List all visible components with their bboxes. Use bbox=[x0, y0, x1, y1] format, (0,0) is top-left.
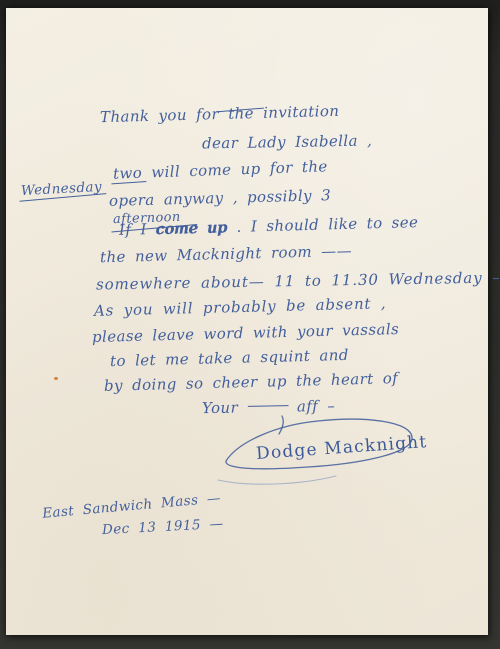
letter-line-1-pre: Thank you for bbox=[100, 105, 229, 126]
letter-line-1: Thank you for the invitation bbox=[100, 102, 340, 126]
letter-line-6: the new Macknight room —— bbox=[100, 242, 352, 267]
letter-line-3-underlined-word: two bbox=[113, 164, 143, 183]
letter-line-7: somewhere about— 11 to 11.30 Wednesday – bbox=[96, 268, 500, 293]
letter-line-2: dear Lady Isabella , bbox=[202, 132, 373, 153]
letter-line-4: opera anyway , possibly 3 bbox=[109, 186, 331, 210]
letter-line-3-post: will come up for the bbox=[142, 157, 328, 181]
letter-line-11-text: by doing so cheer up the heart of bbox=[104, 369, 399, 395]
paper-speck bbox=[54, 377, 58, 380]
letter-line-1-post: invitation bbox=[254, 102, 340, 122]
letter-line-11: by doing so cheer up the heart of bbox=[104, 369, 399, 395]
letter-line-6-text: the new Macknight room —— bbox=[100, 242, 352, 267]
margin-note-day-text: Wednesday bbox=[21, 179, 103, 199]
letter-paper: Wednesday afternoon Thank you for the in… bbox=[6, 8, 488, 635]
margin-note-day: Wednesday bbox=[21, 179, 103, 199]
date-line: Dec 13 1915 — bbox=[102, 516, 224, 538]
letter-line-5-overwritten-word: come up bbox=[156, 218, 228, 238]
letter-line-9: please leave word with your vassals bbox=[92, 320, 400, 346]
letter-line-9-text: please leave word with your vassals bbox=[92, 320, 400, 346]
letter-line-1-crossed-word: the bbox=[228, 104, 254, 123]
letter-line-4-text: opera anyway , possibly 3 bbox=[109, 186, 331, 210]
date-text: Dec 13 1915 — bbox=[102, 516, 224, 538]
letter-line-8: As you will probably be absent , bbox=[94, 294, 387, 320]
letter-line-3: two will come up for the bbox=[113, 157, 328, 182]
letter-line-10-text: to let me take a squint and bbox=[110, 346, 349, 370]
letter-line-2-text: dear Lady Isabella , bbox=[202, 132, 373, 153]
letter-line-10: to let me take a squint and bbox=[110, 346, 349, 370]
photo-background: Wednesday afternoon Thank you for the in… bbox=[0, 0, 500, 649]
letter-line-8-text: As you will probably be absent , bbox=[94, 294, 387, 320]
letter-line-7-text: somewhere about— 11 to 11.30 Wednesday – bbox=[96, 268, 500, 293]
letter-line-5-post: . I should like to see bbox=[227, 213, 418, 236]
letter-line-5-pre: If I bbox=[119, 220, 156, 239]
